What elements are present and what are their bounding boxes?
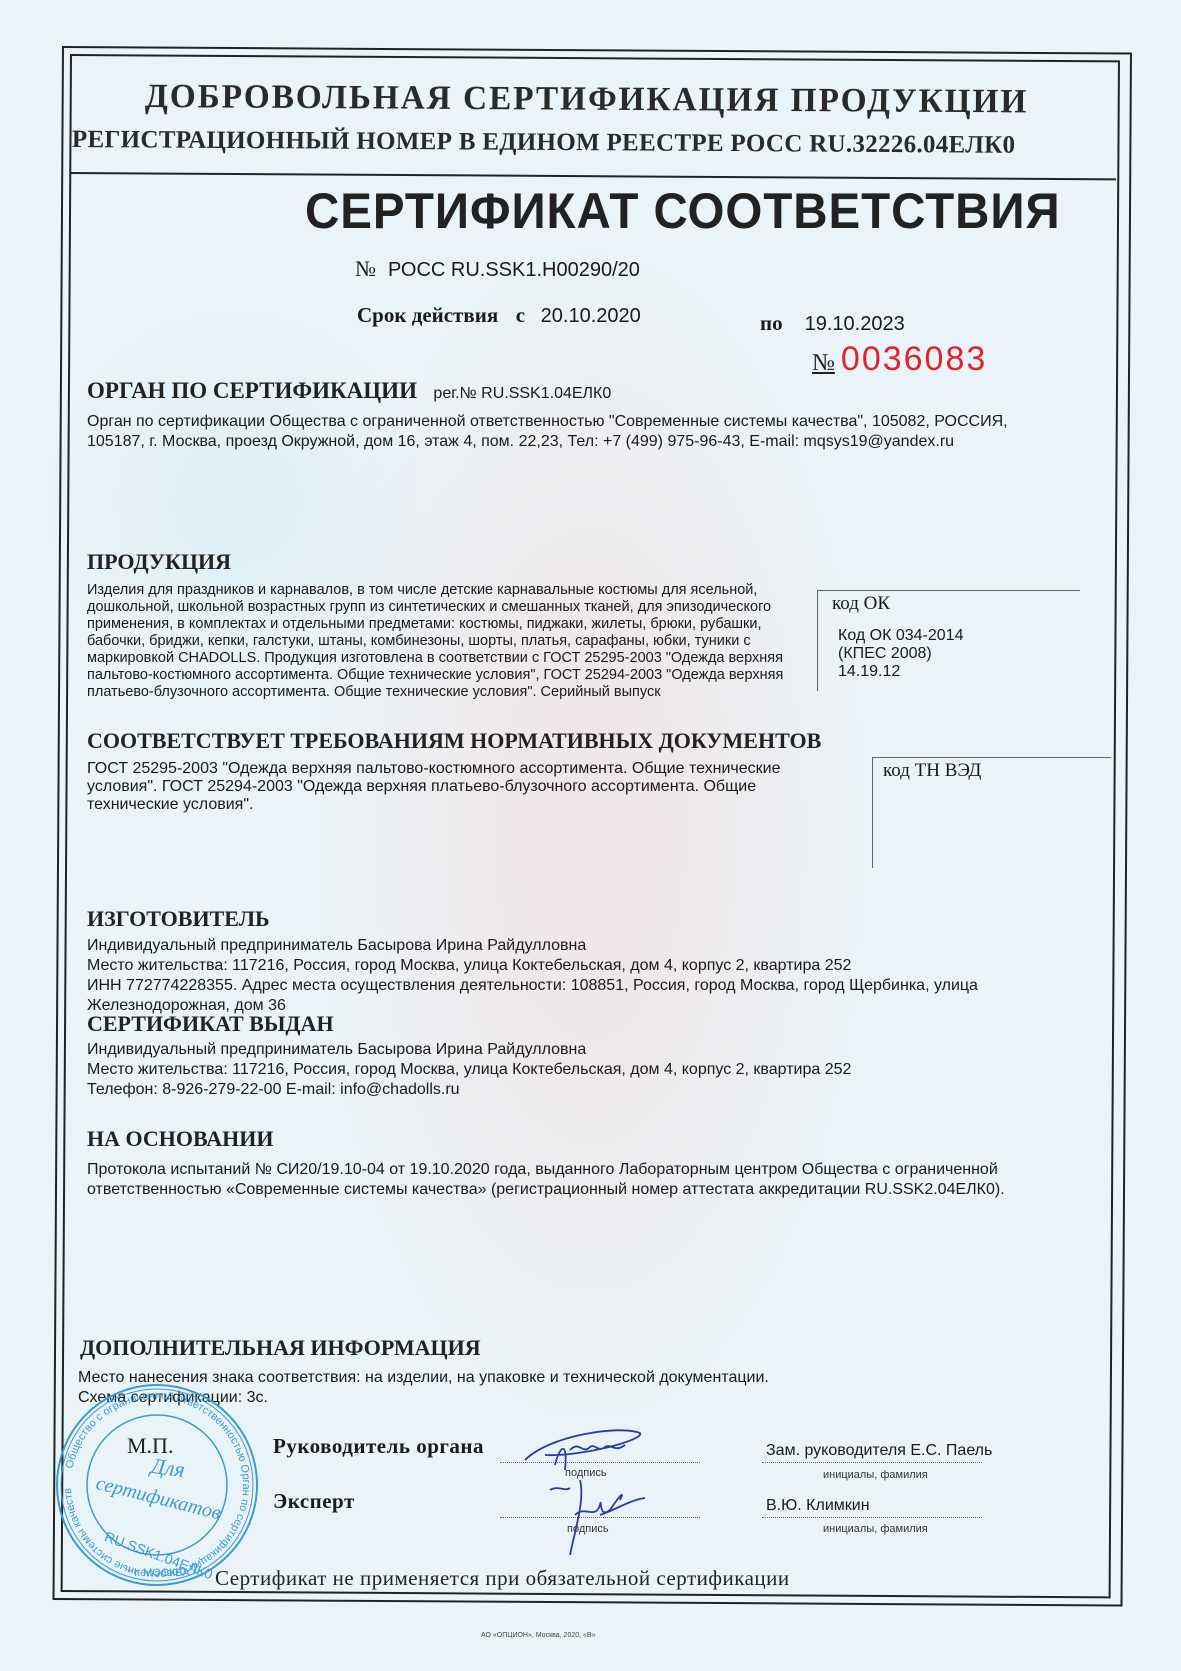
expert-name-caption: инициалы, фамилия	[823, 1523, 928, 1535]
compliance-text: ГОСТ 25295-2003 "Одежда верхняя пальтово…	[87, 760, 817, 814]
certificate-number: №РОСС RU.SSK1.H00290/20	[355, 256, 640, 282]
issued-to-line: Индивидуальный предприниматель Басырова …	[87, 1040, 1087, 1060]
basis-text: Протокола испытаний № СИ20/19.10-04 от 1…	[87, 1160, 1107, 1200]
svg-text:сертификатов: сертификатов	[94, 1472, 224, 1524]
code-ok-label: код ОК	[832, 593, 890, 615]
blank-number: №0036083	[812, 340, 987, 379]
certification-body-heading: ОРГАН ПО СЕРТИФИКАЦИИ рег.№ RU.SSK1.04ЕЛ…	[87, 378, 611, 404]
validity-label: Срок действия	[357, 303, 498, 327]
basis-title: НА ОСНОВАНИИ	[87, 1126, 274, 1152]
manufacturer-line: Место жительства: 117216, Россия, город …	[87, 956, 1087, 976]
issued-to-title: СЕРТИФИКАТ ВЫДАН	[87, 1011, 334, 1037]
svg-text:* г. МОСКВА *: * г. МОСКВА *	[127, 1567, 198, 1579]
validity-to: по19.10.2023	[760, 311, 905, 336]
validity-from: Срок действия с 20.10.2020	[357, 303, 641, 328]
products-title: ПРОДУКЦИЯ	[87, 549, 231, 575]
issued-to-line: Место жительства: 117216, Россия, город …	[87, 1060, 1087, 1080]
code-tnved-box: код ТН ВЭД	[872, 757, 1111, 868]
head-name-caption: инициалы, фамилия	[823, 1469, 928, 1481]
document-title: СЕРТИФИКАТ СООТВЕТСТВИЯ	[305, 182, 1061, 240]
head-of-body-label: Руководитель органа	[273, 1434, 484, 1459]
expert-name-line	[762, 1517, 982, 1518]
code-ok-box: код ОК Код ОК 034-2014 (КПЕС 2008) 14.19…	[817, 590, 1080, 691]
footer-note: Сертификат не применяется при обязательн…	[215, 1566, 790, 1591]
from-label: с	[516, 303, 525, 327]
products-text: Изделия для праздников и карнавалов, в т…	[87, 582, 815, 701]
compliance-title: СООТВЕТСТВУЕТ ТРЕБОВАНИЯМ НОРМАТИВНЫХ ДО…	[87, 728, 821, 754]
certification-body-text: Орган по сертификации Общества с огранич…	[87, 412, 1027, 452]
certification-body-reg: рег.№ RU.SSK1.04ЕЛК0	[433, 385, 611, 402]
to-date: 19.10.2023	[805, 313, 905, 335]
blank-number-sign: №	[812, 350, 835, 376]
manufacturer-title: ИЗГОТОВИТЕЛЬ	[87, 906, 270, 932]
issued-to-line: Телефон: 8-926-279-22-00 E-mail: info@ch…	[87, 1080, 1087, 1100]
certificate-number-value: РОСС RU.SSK1.H00290/20	[388, 259, 640, 281]
head-name: Зам. руководителя Е.С. Паель	[766, 1442, 992, 1460]
header-voluntary-certification: ДОБРОВОЛЬНАЯ СЕРТИФИКАЦИЯ ПРОДУКЦИИ	[145, 78, 1029, 121]
manufacturer-line: Индивидуальный предприниматель Басырова …	[87, 936, 1087, 956]
additional-info-title: ДОПОЛНИТЕЛЬНАЯ ИНФОРМАЦИЯ	[80, 1335, 481, 1361]
header-registry-number: РЕГИСТРАЦИОННЫЙ НОМЕР В ЕДИНОМ РЕЕСТРЕ Р…	[72, 126, 1016, 160]
expert-signature-icon	[540, 1470, 650, 1560]
head-name-line	[762, 1462, 982, 1463]
blank-number-value: 0036083	[841, 340, 987, 378]
certification-body-title: ОРГАН ПО СЕРТИФИКАЦИИ	[87, 378, 417, 403]
from-date: 20.10.2020	[541, 305, 641, 327]
number-sign: №	[355, 256, 376, 281]
issued-to-details: Индивидуальный предприниматель Басырова …	[87, 1040, 1087, 1100]
code-ok-value: Код ОК 034-2014 (КПЕС 2008) 14.19.12	[838, 627, 963, 681]
code-tnved-label: код ТН ВЭД	[883, 760, 981, 782]
printer-imprint: АО «ОПЦИОН», Москва, 2020, «В»	[481, 1632, 595, 1639]
expert-name: В.Ю. Климкин	[766, 1497, 870, 1515]
to-label: по	[760, 311, 783, 335]
stamp-place-label: М.П.	[127, 1433, 173, 1459]
manufacturer-line: ИНН 772774228355. Адрес места осуществле…	[87, 976, 1087, 1016]
manufacturer-details: Индивидуальный предприниматель Басырова …	[87, 936, 1087, 1016]
expert-label: Эксперт	[273, 1489, 355, 1514]
expert-signature-caption: подпись	[567, 1523, 609, 1535]
official-stamp-icon: Общество с ограниченной ответственностью…	[52, 1380, 262, 1590]
